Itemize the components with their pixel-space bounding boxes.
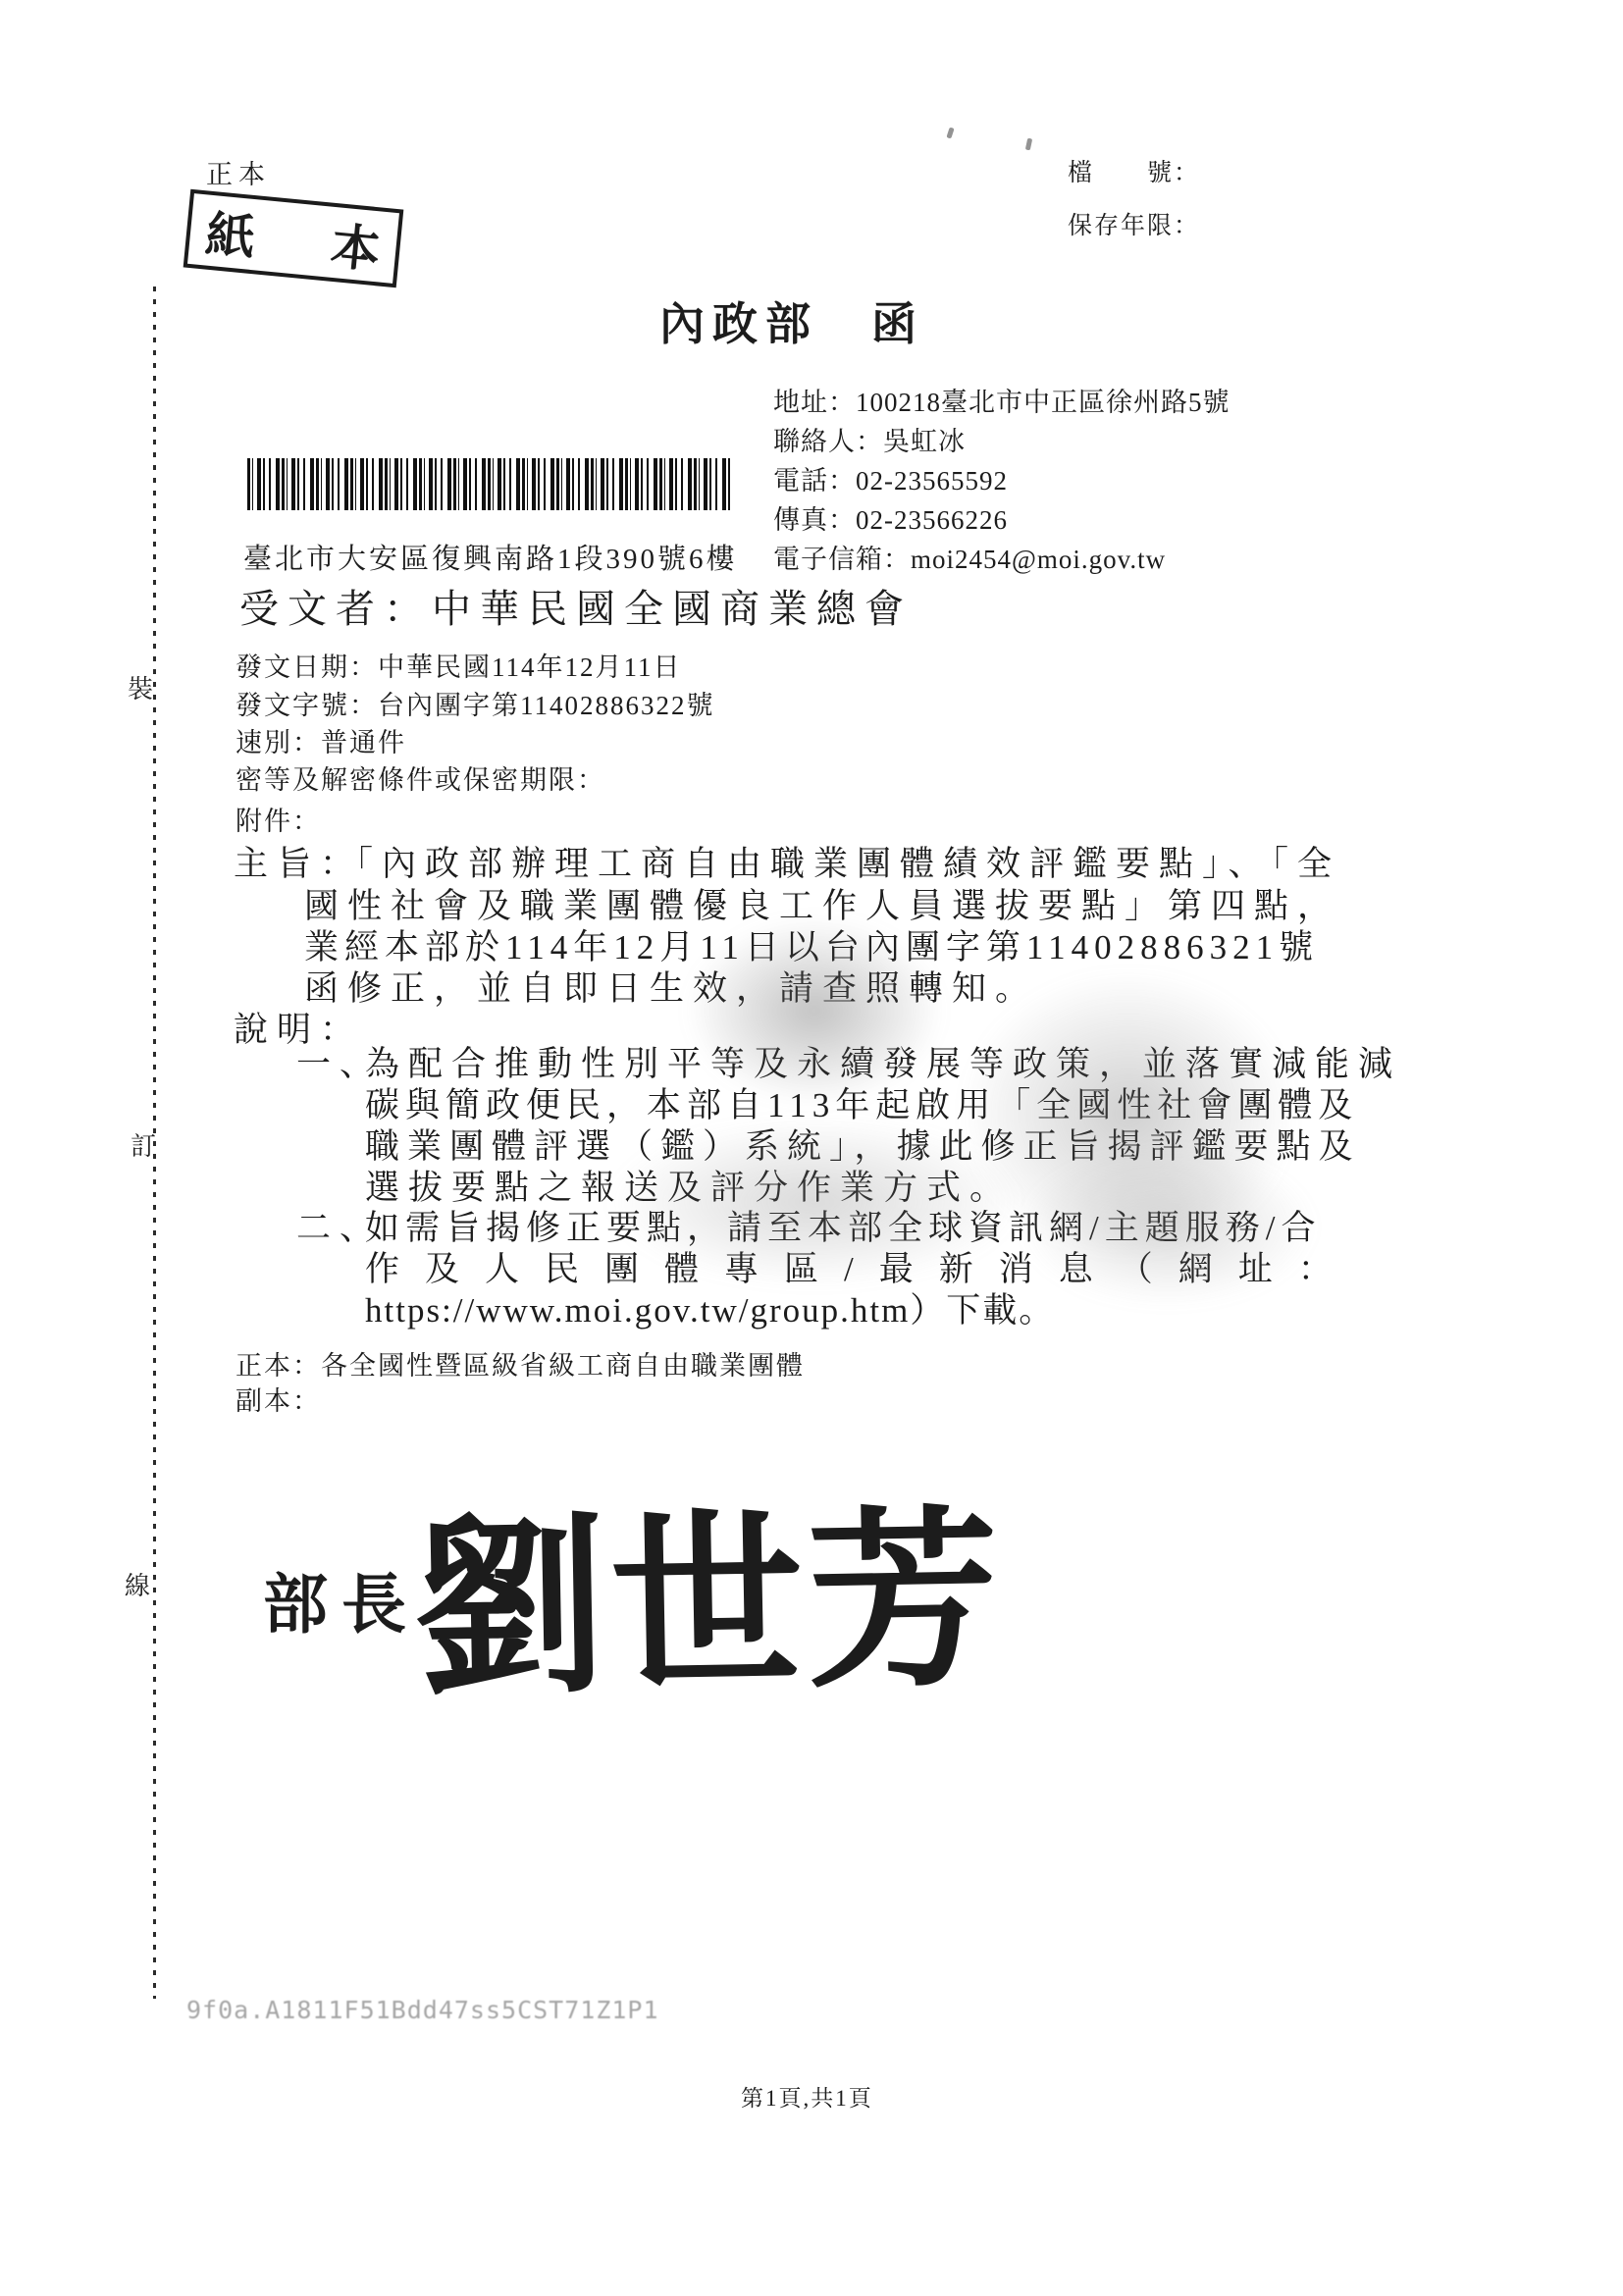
sender-info-block: 地址：100218臺北市中正區徐州路5號 聯絡人：吳虹冰 電話：02-23565… [773,383,1230,579]
sender-phone: 電話：02-23565592 [773,461,1230,500]
sender-contact: 聯絡人：吳虹冰 [773,422,1230,461]
binding-mark-ding: 訂 [131,1126,156,1163]
security-classification-line: 密等及解密條件或保密期限： [236,758,605,797]
sender-fax: 傳真：02-23566226 [773,500,1230,540]
document-barcode [247,458,730,510]
stamp-char-right: 本 [328,207,384,282]
signature-title: 部長 [263,1552,420,1645]
recipient-line: 受文者：中華民國全國商業總會 [239,578,913,634]
explanation-item2-line: https://www.moi.gov.tw/group.htm）下載。 [365,1283,1055,1332]
issue-date-line: 發文日期：中華民國114年12月11日 [236,646,682,684]
distribution-copy-line: 副本： [236,1380,321,1418]
distribution-original-line: 正本：各全國性暨區級省級工商自由職業團體 [236,1344,805,1383]
document-page: 正本 紙 本 檔 號： 保存年限： 內政部 函 地址：100218臺北市中正區徐… [0,0,1623,2296]
document-title: 內政部 函 [659,288,924,353]
binding-mark-zhuang: 裝 [128,669,153,705]
reference-number-line: 發文字號：台內團字第11402886322號 [236,684,715,722]
subject-line: 函修正，並自即日生效，請查照轉知。 [304,962,1038,1011]
binding-mark-xian: 線 [125,1566,150,1602]
paper-copy-stamp: 紙 本 [183,189,404,288]
retention-period-label: 保存年限： [1068,206,1200,241]
signature-name: 劉世芳 [412,1445,1006,1732]
file-number-label: 檔 號： [1068,153,1200,188]
scan-speck [1025,138,1032,151]
priority-line: 速別：普通件 [236,721,406,759]
page-number: 第1頁,共1頁 [741,2080,873,2113]
recipient-street-address: 臺北市大安區復興南路1段390號6樓 [243,537,738,577]
attachment-line: 附件： [236,800,321,838]
sender-email: 電子信箱：moi2454@moi.gov.tw [773,540,1230,579]
copy-type-label: 正本 [206,153,271,191]
stamp-char-left: 紙 [203,195,259,270]
sender-address: 地址：100218臺北市中正區徐州路5號 [773,383,1230,422]
scan-artifact-text: 9f0a.A1811F51Bdd47ss5CST71Z1P1 [186,1996,659,2024]
scan-speck [946,127,954,138]
